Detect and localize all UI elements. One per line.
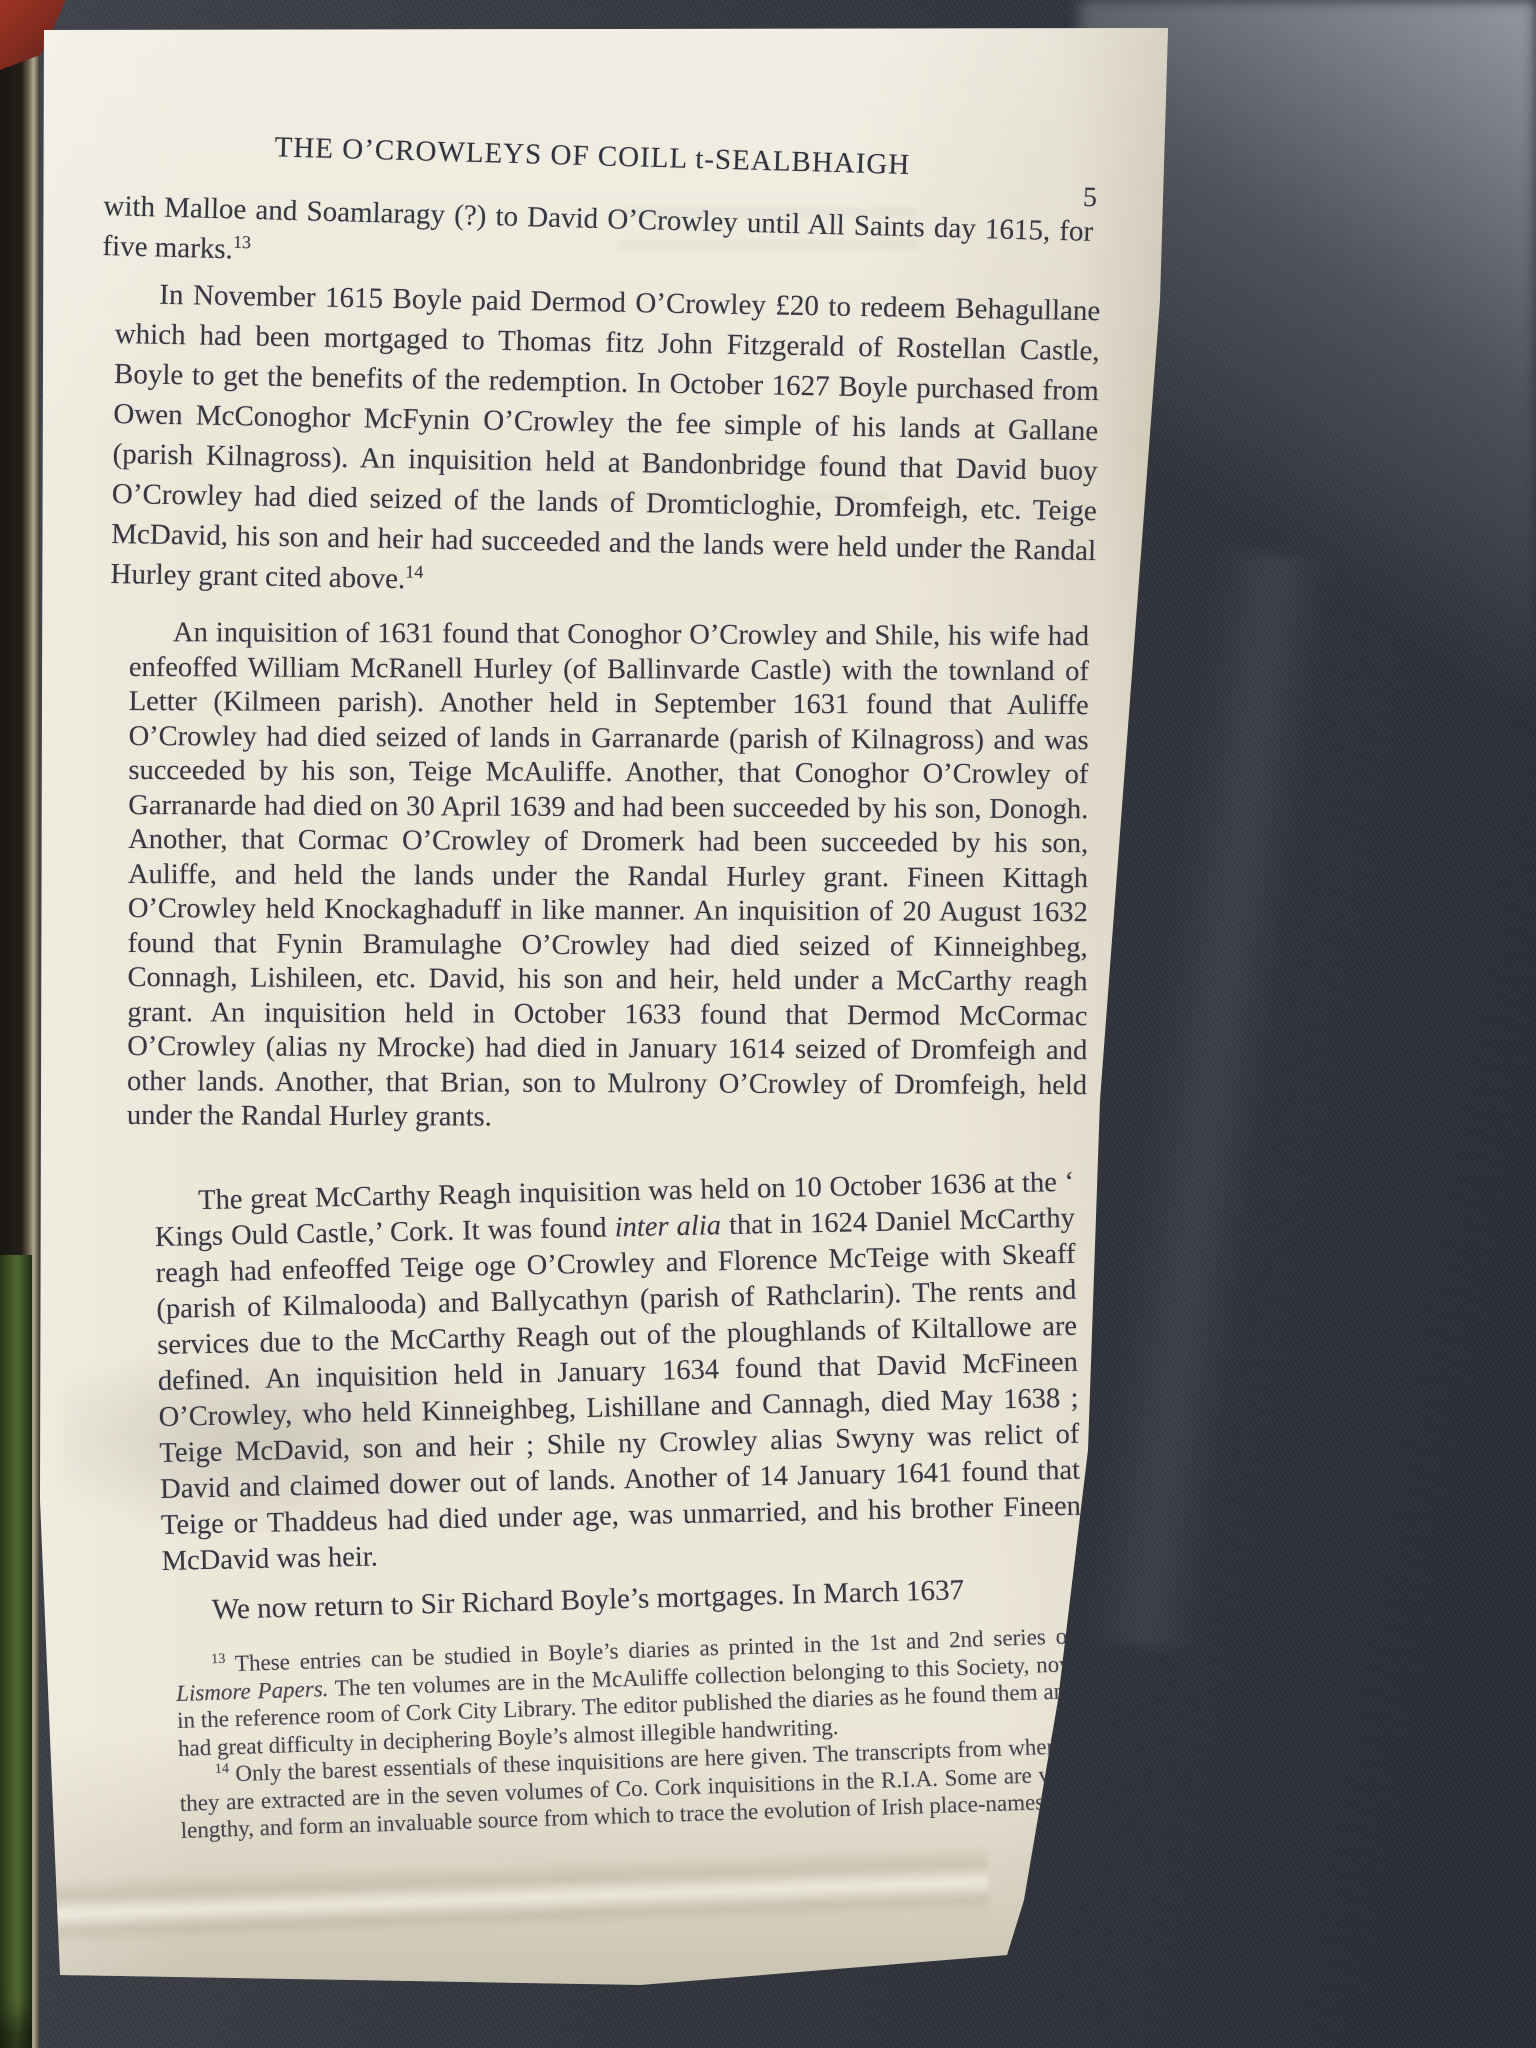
page-number: 5 bbox=[1083, 182, 1098, 214]
paragraph-text: We now return to Sir Richard Boyle’s mor… bbox=[212, 1574, 965, 1626]
book-page: THE O’CROWLEYS OF COILL t-SEALBHAIGH 5 w… bbox=[18, 8, 1188, 2008]
footnote-reference-14: 14 bbox=[405, 561, 423, 581]
footnote-number: 13 bbox=[211, 1650, 226, 1666]
paragraph-text: with Malloe and Soamlaragy (?) to David … bbox=[102, 190, 1094, 265]
footnotes-block: 13 These entries can be studied in Boyle… bbox=[175, 1622, 1081, 1844]
running-title: THE O’CROWLEYS OF COILL t-SEALBHAIGH bbox=[85, 126, 1101, 187]
running-header: THE O’CROWLEYS OF COILL t-SEALBHAIGH 5 bbox=[84, 126, 1100, 198]
paragraph-mccarthy-reagh-inquisition: The great McCarthy Reagh inquisition was… bbox=[154, 1164, 1082, 1579]
paragraph-text: that in 1624 Daniel McCarthy reagh had e… bbox=[155, 1202, 1081, 1576]
footnote-number: 14 bbox=[214, 1760, 229, 1776]
paragraph-boyle-mortgages: In November 1615 Boyle paid Dermod O’Cro… bbox=[110, 274, 1100, 611]
paper-crease bbox=[37, 1846, 989, 1943]
latin-phrase-italic: inter alia bbox=[614, 1210, 721, 1243]
paragraph-inquisitions-1631: An inquisition of 1631 found that Conogh… bbox=[127, 616, 1089, 1138]
page-content: THE O’CROWLEYS OF COILL t-SEALBHAIGH 5 w… bbox=[85, 126, 1100, 1844]
paragraph-text: An inquisition of 1631 found that Conogh… bbox=[127, 617, 1089, 1132]
book-photo: THE O’CROWLEYS OF COILL t-SEALBHAIGH 5 w… bbox=[0, 0, 1536, 2048]
footnote-reference-13: 13 bbox=[233, 232, 251, 252]
book-cover-green-edge bbox=[0, 1255, 32, 2048]
book-title-italic: Lismore Papers. bbox=[176, 1675, 329, 1705]
paragraph-text: In November 1615 Boyle paid Dermod O’Cro… bbox=[110, 279, 1100, 595]
